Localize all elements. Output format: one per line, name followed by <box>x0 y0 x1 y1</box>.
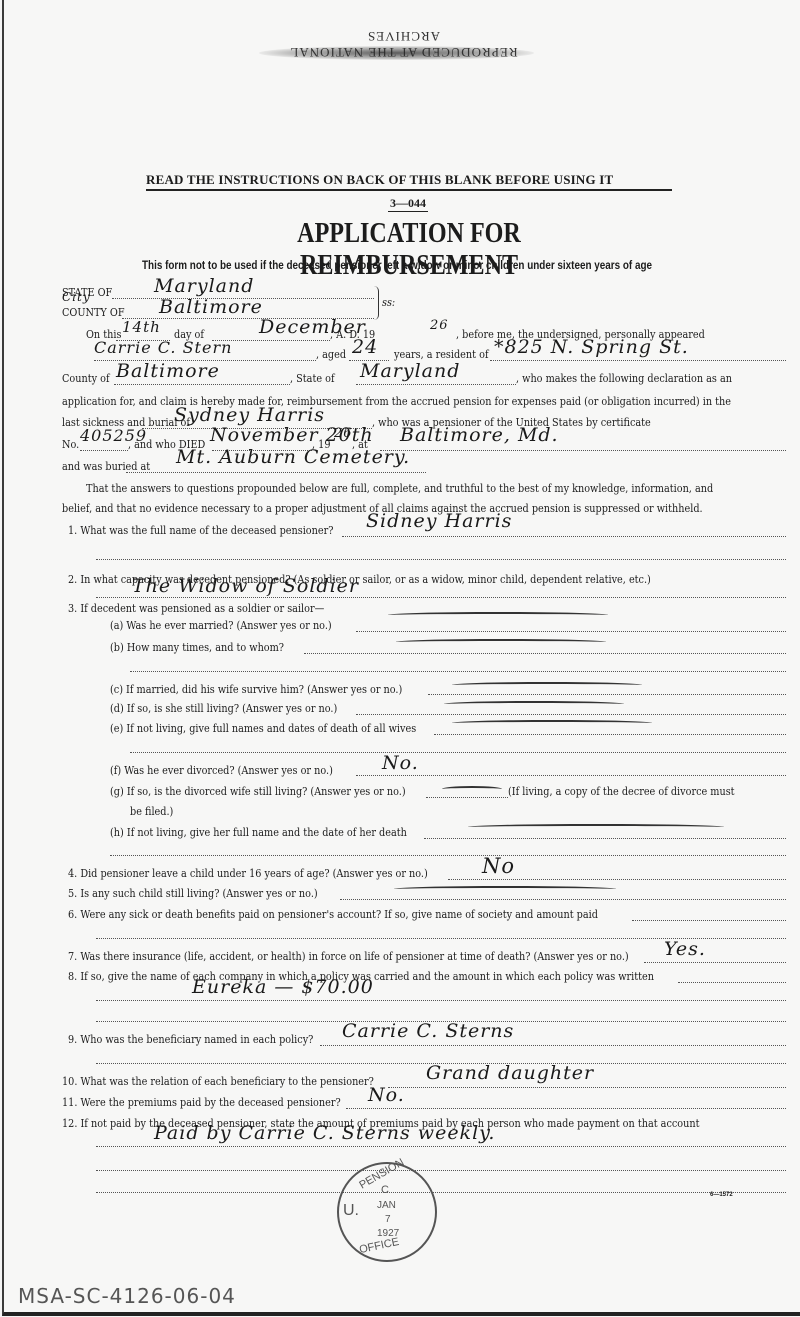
q5-line <box>340 899 786 900</box>
residence-county-value: Baltimore <box>116 360 220 382</box>
q11-line <box>346 1108 786 1109</box>
q3e-label: (e) If not living, give full names and d… <box>110 722 416 735</box>
stamp-bottom-text: OFFICE <box>358 1236 400 1256</box>
q3c-label: (c) If married, did his wife survive him… <box>110 683 402 696</box>
q3f-line <box>356 775 786 776</box>
q3b-label: (b) How many times, and to whom? <box>110 641 284 654</box>
q8-answer: Eureka — $70.00 <box>192 976 374 998</box>
year-value: 26 <box>430 318 449 333</box>
print-code: 6—1572 <box>710 1192 733 1198</box>
q8-line <box>678 982 786 983</box>
q3g-note: (If living, a copy of the decree of divo… <box>508 785 735 798</box>
q1-label: 1. What was the full name of the decease… <box>68 524 333 537</box>
ss-bracket <box>374 286 379 320</box>
ink-smudge <box>259 46 534 60</box>
pension-office-received-stamp: PENSION C JAN 7 1927 U. OFFICE <box>337 1162 437 1262</box>
q3b-dash-mark <box>396 639 606 645</box>
state-of-label: , State of <box>290 372 335 385</box>
county-value: Baltimore <box>159 296 263 318</box>
county-correction: City <box>62 290 91 304</box>
stamp-month: JAN <box>377 1200 396 1211</box>
county-label: COUNTY OF <box>62 306 125 319</box>
q3c-dash-mark <box>452 682 642 688</box>
residence-state-value: Maryland <box>360 360 460 382</box>
q12-line <box>96 1146 786 1147</box>
q12-line-3 <box>96 1192 786 1193</box>
q4-answer: No <box>482 854 515 878</box>
residence-county-line <box>114 384 290 385</box>
q2-line <box>96 597 786 598</box>
stamp-left-text: U. <box>343 1202 359 1220</box>
q3g-line <box>426 797 508 798</box>
q11-answer: No. <box>368 1084 405 1106</box>
residence-state-line <box>356 384 516 385</box>
who-makes-text: , who makes the following declaration as… <box>516 372 732 385</box>
document-page: REPRODUCED AT THE NATIONAL ARCHIVES READ… <box>2 0 800 1316</box>
q5-label: 5. Is any such child still living? (Answ… <box>68 887 318 900</box>
q3b-line-2 <box>130 671 786 672</box>
q3b-line <box>304 653 786 654</box>
ss-label: ss: <box>382 296 395 309</box>
stamp-letter: C <box>381 1184 389 1196</box>
q3h-dash-mark <box>468 824 724 830</box>
death-year-value: 26 <box>334 426 353 441</box>
address-value: *825 N. Spring St. <box>494 336 689 358</box>
q3d-label: (d) If so, is she still living? (Answer … <box>110 702 337 715</box>
q3a-label: (a) Was he ever married? (Answer yes or … <box>110 619 332 632</box>
age-value: 24 <box>352 336 378 358</box>
q1-answer: Sidney Harris <box>366 510 512 532</box>
q1-line-2 <box>96 559 786 560</box>
burial-line <box>126 472 426 473</box>
aged-label: , aged <box>316 348 346 361</box>
q12-line-2 <box>96 1170 786 1171</box>
page-title: APPLICATION FOR REIMBURSEMENT <box>211 218 607 282</box>
q3e-dash-mark <box>452 720 652 726</box>
q8-line-2 <box>96 1000 786 1001</box>
form-number: 3—044 <box>388 196 428 212</box>
affirmation-line-1: That the answers to questions propounded… <box>86 482 713 495</box>
q3d-dash-mark <box>444 701 624 707</box>
q3c-line <box>428 694 786 695</box>
death-place-line <box>380 450 786 451</box>
q3a-dash-mark <box>388 612 608 618</box>
burial-value: Mt. Auburn Cemetery. <box>176 446 410 468</box>
q3h-line-2 <box>110 855 786 856</box>
q3f-label: (f) Was he ever divorced? (Answer yes or… <box>110 764 333 777</box>
q6-line <box>632 920 786 921</box>
q10-label: 10. What was the relation of each benefi… <box>62 1075 374 1088</box>
q7-answer: Yes. <box>664 938 706 960</box>
q3f-answer: No. <box>382 752 419 774</box>
q9-line <box>320 1045 786 1046</box>
q3g-note-cont: be filed.) <box>130 805 173 818</box>
q3e-line-2 <box>130 752 786 753</box>
certificate-line <box>80 450 128 451</box>
state-value: Maryland <box>154 275 254 297</box>
q7-label: 7. Was there insurance (life, accident, … <box>68 950 629 963</box>
q3g-label: (g) If so, is the divorced wife still li… <box>110 785 406 798</box>
q3e-line <box>434 734 786 735</box>
q3g-dash-mark <box>442 786 502 792</box>
death-place-value: Baltimore, Md. <box>400 424 559 446</box>
q3a-line <box>356 631 786 632</box>
q12-answer: Paid by Carrie C. Sterns weekly. <box>154 1122 495 1144</box>
instructions-banner: READ THE INSTRUCTIONS ON BACK OF THIS BL… <box>146 172 672 191</box>
q2-answer: The Widow of Soldier <box>132 575 359 597</box>
q4-label: 4. Did pensioner leave a child under 16 … <box>68 867 428 880</box>
q4-line <box>448 879 786 880</box>
county-of-label: County of <box>62 372 110 385</box>
stamp-day: 7 <box>385 1214 391 1225</box>
q5-dash-mark <box>394 886 616 892</box>
address-line <box>490 360 786 361</box>
q10-answer: Grand daughter <box>426 1062 594 1084</box>
claim-text: application for, and claim is hereby mad… <box>62 395 731 408</box>
q7-line <box>644 962 786 963</box>
q3-label: 3. If decedent was pensioned as a soldie… <box>68 602 324 615</box>
q1-line <box>342 536 786 537</box>
q9-label: 9. Who was the beneficiary named in each… <box>68 1033 313 1046</box>
q9-answer: Carrie C. Sterns <box>342 1020 514 1042</box>
q11-label: 11. Were the premiums paid by the deceas… <box>62 1096 341 1109</box>
cert-no-label: No. <box>62 438 79 451</box>
q6-label: 6. Were any sick or death benefits paid … <box>68 908 598 921</box>
q3d-line <box>356 714 786 715</box>
archive-identifier: MSA-SC-4126-06-04 <box>18 1284 236 1308</box>
q3h-label: (h) If not living, give her full name an… <box>110 826 407 839</box>
q3h-line <box>424 838 786 839</box>
form-subtitle: This form not to be used if the deceased… <box>142 260 624 272</box>
q10-line <box>388 1087 786 1088</box>
claimant-value: Carrie C. Stern <box>94 338 232 357</box>
deceased-value: Sydney Harris <box>174 404 325 426</box>
day-value: 14th <box>122 318 161 336</box>
